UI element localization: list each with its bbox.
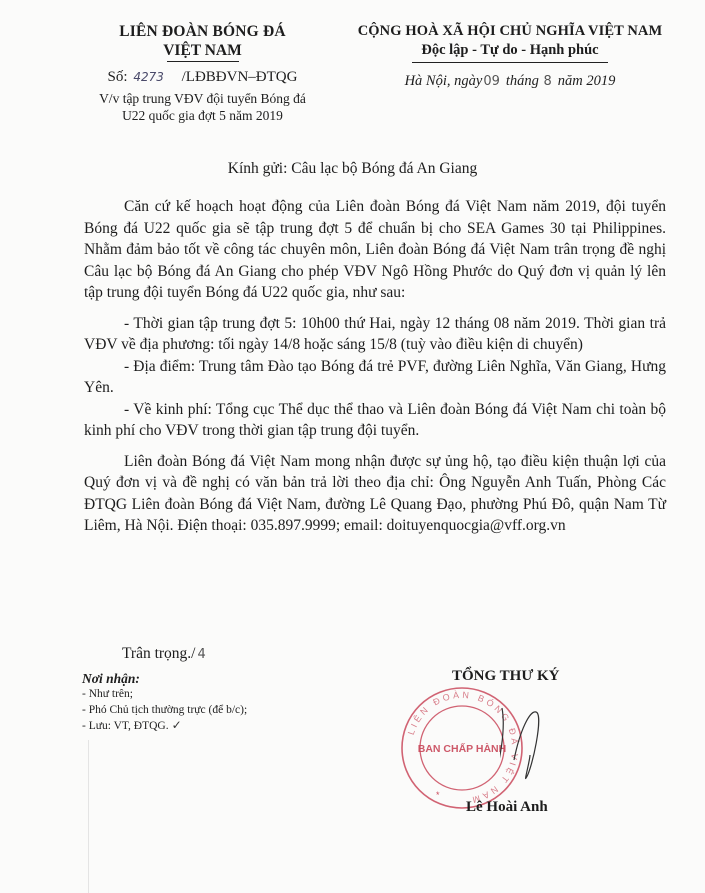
recipients-title: Nơi nhận: xyxy=(82,670,247,687)
svg-text:*: * xyxy=(436,790,440,800)
org-underline xyxy=(167,61,239,62)
motto-underline xyxy=(412,62,608,63)
date-month: 8 xyxy=(544,74,552,89)
initial-mark: 4 xyxy=(198,647,206,662)
salutation-text: Trân trọng./ xyxy=(122,645,196,662)
detail-item-funding: - Về kinh phí: Tổng cục Thể dục thể thao… xyxy=(84,399,666,442)
svg-text:BAN CHẤP HÀNH: BAN CHẤP HÀNH xyxy=(418,742,506,755)
subject-line-1: V/v tập trung VĐV đội tuyển Bóng đá xyxy=(70,90,335,107)
detail-item-location: - Địa điểm: Trung tâm Đào tạo Bóng đá tr… xyxy=(84,356,666,399)
closing-paragraph: Liên đoàn Bóng đá Việt Nam mong nhận đượ… xyxy=(84,451,666,537)
issue-date: Hà Nội, ngày09tháng 8năm 2019 xyxy=(340,71,680,92)
check-mark-icon: ✓ xyxy=(172,718,182,732)
date-day: 09 xyxy=(483,74,500,89)
document-number: Số: 4273 /LĐBĐVN–ĐTQG xyxy=(70,66,335,88)
number-label: Số: xyxy=(108,69,128,85)
intro-paragraph: Căn cứ kế hoạch hoạt động của Liên đoàn … xyxy=(84,196,666,304)
number-suffix: /LĐBĐVN–ĐTQG xyxy=(182,69,298,85)
recipient-item: - Lưu: VT, ĐTQG.✓ xyxy=(82,718,247,735)
nation-name: CỘNG HOÀ XÃ HỘI CHỦ NGHĨA VIỆT NAM xyxy=(340,22,680,41)
date-month-label: tháng xyxy=(506,73,539,89)
subject-line-2: U22 quốc gia đợt 5 năm 2019 xyxy=(70,107,335,124)
signer-name: Lê Hoài Anh xyxy=(466,799,548,816)
closing-salutation: Trân trọng./4 xyxy=(122,645,206,663)
org-name-line1: LIÊN ĐOÀN BÓNG ĐÁ xyxy=(70,22,335,41)
national-header: CỘNG HOÀ XÃ HỘI CHỦ NGHĨA VIỆT NAM Độc l… xyxy=(340,22,680,92)
signer-title: TỔNG THƯ KÝ xyxy=(452,668,560,685)
recipient-item: - Phó Chủ tịch thường trực (để b/c); xyxy=(82,703,247,719)
handwritten-signature-icon xyxy=(500,700,580,800)
recipient-line: Kính gửi: Câu lạc bộ Bóng đá An Giang xyxy=(0,160,705,178)
org-name-line2: VIỆT NAM xyxy=(70,41,335,60)
date-prefix: Hà Nội, ngày xyxy=(405,73,483,89)
date-year: năm 2019 xyxy=(558,73,616,89)
national-motto: Độc lập - Tự do - Hạnh phúc xyxy=(340,41,680,60)
detail-item-time: - Thời gian tập trung đợt 5: 10h00 thứ H… xyxy=(84,313,666,356)
scan-crease xyxy=(88,740,89,893)
issuer-header: LIÊN ĐOÀN BÓNG ĐÁ VIỆT NAM Số: 4273 /LĐB… xyxy=(70,22,335,124)
recipient-item: - Như trên; xyxy=(82,687,247,703)
official-letter: LIÊN ĐOÀN BÓNG ĐÁ VIỆT NAM Số: 4273 /LĐB… xyxy=(0,0,705,893)
handwritten-number: 4273 xyxy=(133,70,164,84)
recipients-block: Nơi nhận: - Như trên; - Phó Chủ tịch thư… xyxy=(82,670,247,735)
letter-body: Căn cứ kế hoạch hoạt động của Liên đoàn … xyxy=(84,196,666,537)
